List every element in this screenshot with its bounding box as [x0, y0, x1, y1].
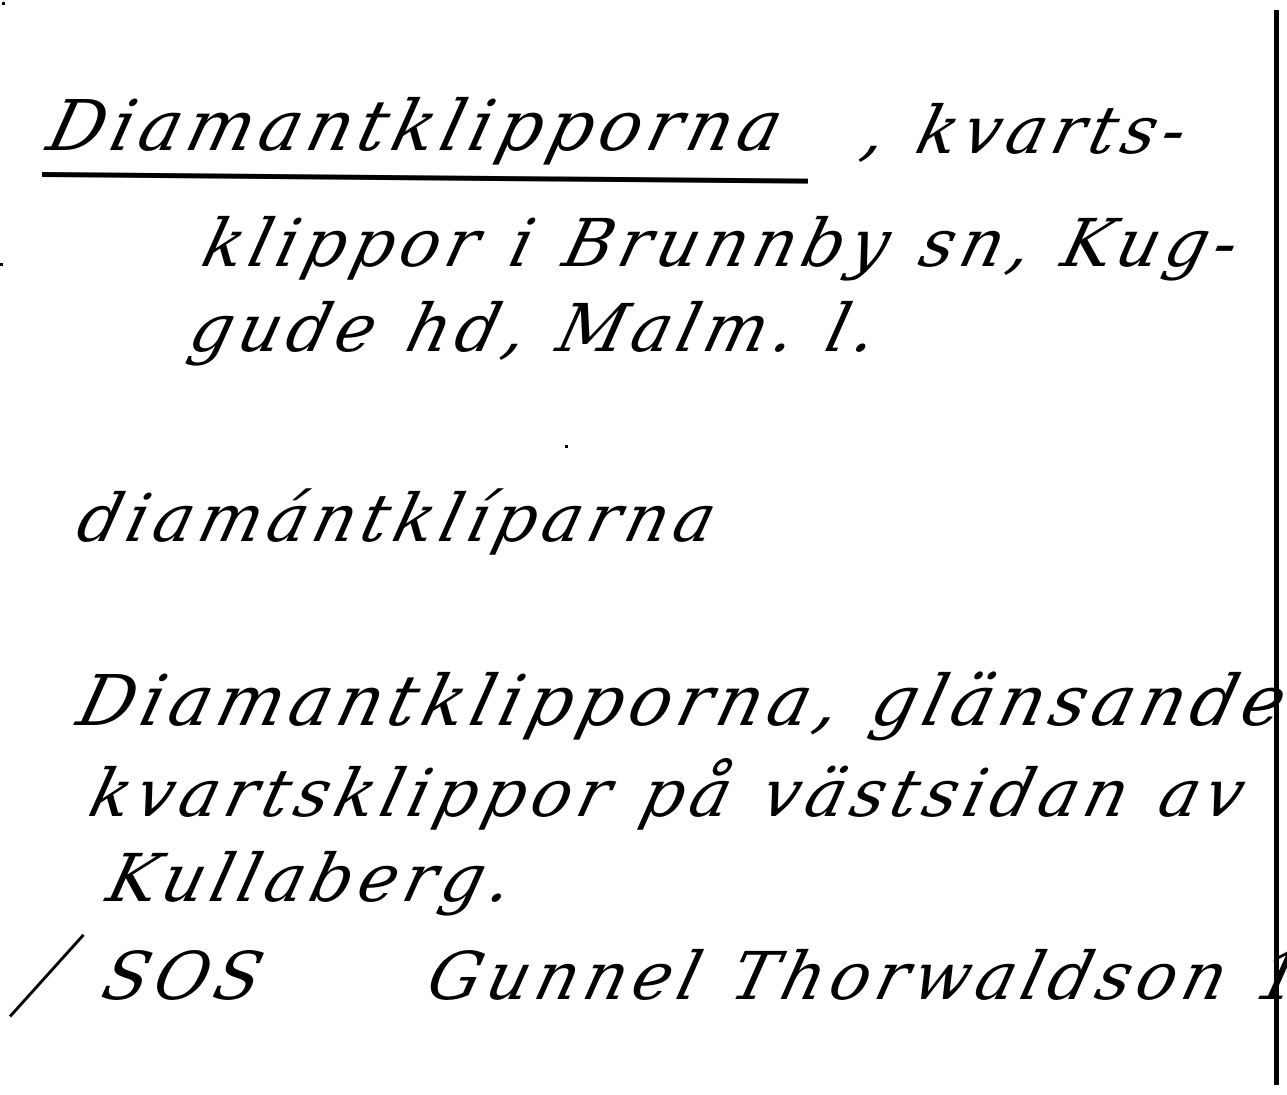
archive-card: Diamantklipporna , kvarts- klippor i Bru… — [0, 0, 1287, 1095]
headword: Diamantklipporna — [40, 85, 797, 167]
scan-speck — [565, 445, 568, 448]
entry-3-line-1: Diamantklipporna, glänsande — [70, 660, 1287, 742]
source-reference: SOS — [95, 938, 277, 1015]
entry-1-line-2: klippor i Brunnby sn, Kug- — [195, 205, 1253, 282]
scan-speck — [0, 263, 3, 266]
entry-1-line-3: gude hd, Malm. l. — [182, 290, 892, 367]
card-edge-border — [1274, 10, 1279, 1085]
entry-1-line-1-rest: , kvarts- — [855, 92, 1201, 169]
author-signature: Gunnel Thorwaldson 1945. — [420, 938, 1287, 1015]
reference-slash-stroke — [9, 934, 85, 1018]
scan-speck — [2, 2, 5, 5]
entry-3-line-3: Kullaberg. — [100, 840, 527, 917]
headword-underline — [42, 172, 808, 184]
pronunciation: diamántklíparna — [70, 480, 730, 557]
entry-3-line-2: kvartsklippor på västsidan av — [82, 755, 1259, 832]
